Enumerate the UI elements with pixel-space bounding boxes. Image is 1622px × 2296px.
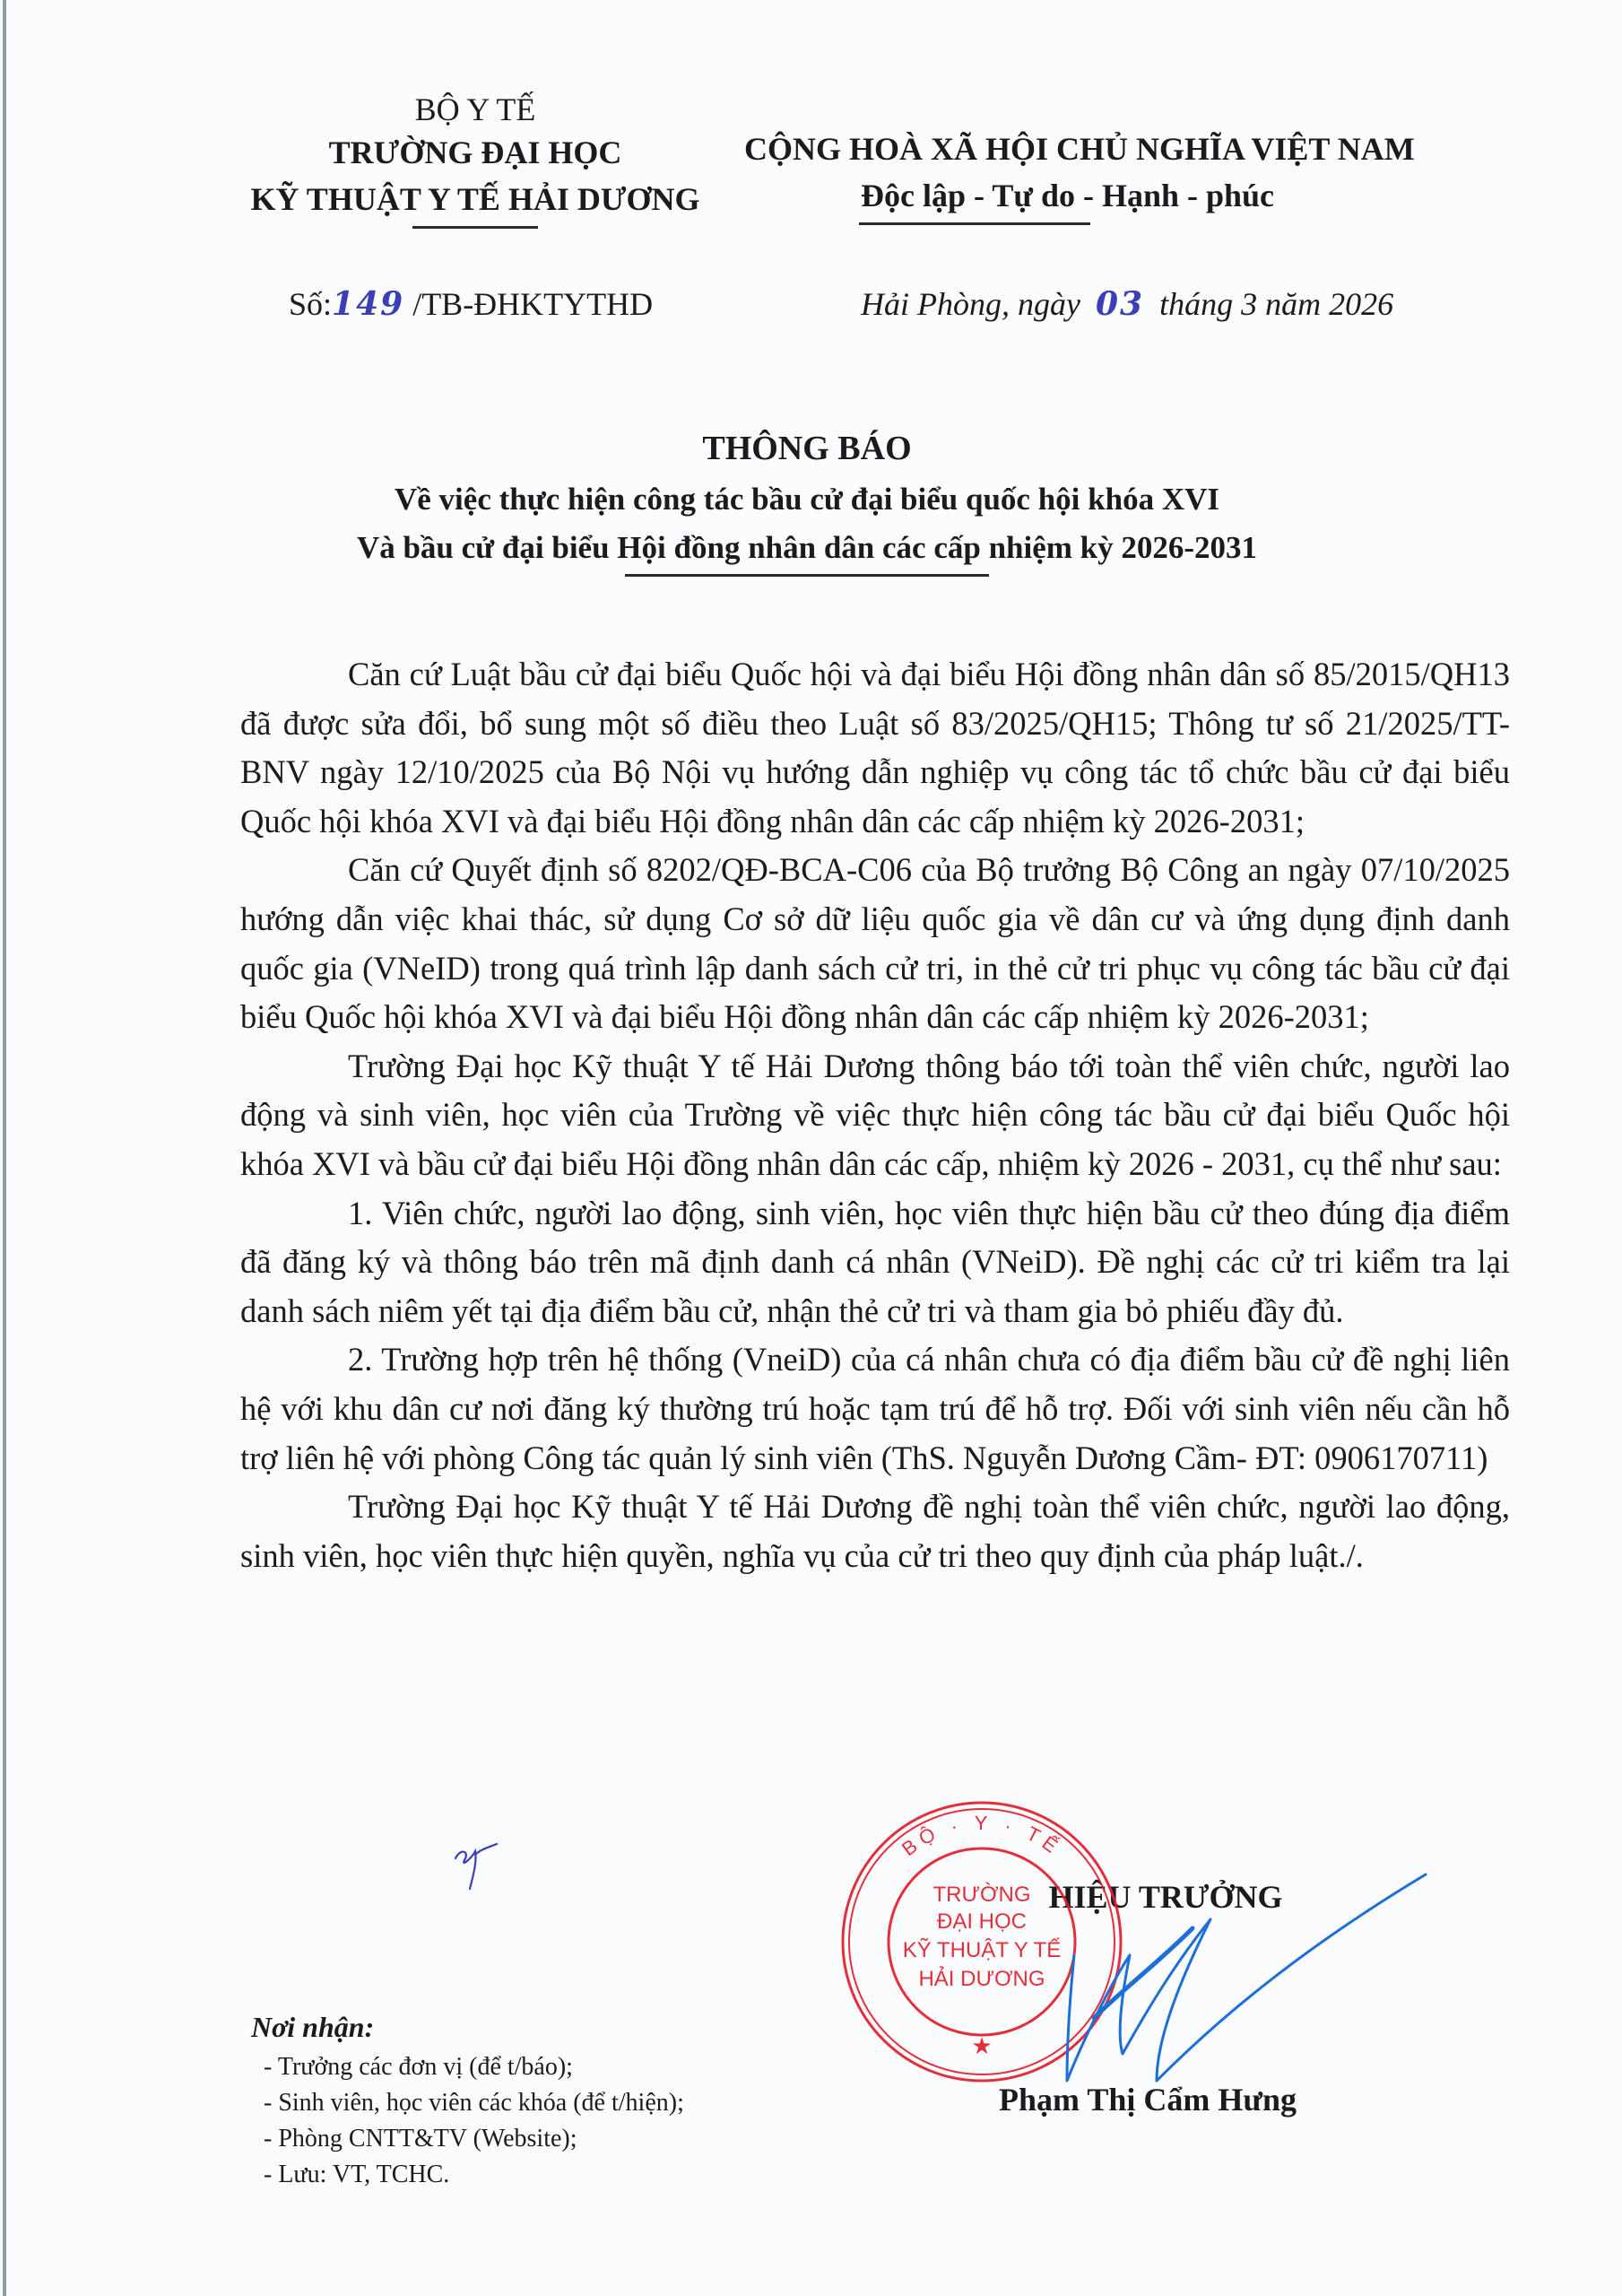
body-paragraph: Trường Đại học Kỹ thuật Y tế Hải Dương đ… [240, 1483, 1510, 1580]
place-date-suffix: tháng 3 năm 2026 [1151, 286, 1393, 322]
issuer-header: BỘ Y TẾ TRƯỜNG ĐẠI HỌC KỸ THUẬT Y TẾ HẢI… [206, 90, 744, 229]
recipient-item: - Sinh viên, học viên các khóa (để t/hiệ… [251, 2085, 684, 2121]
seal-line: KỸ THUẬT Y TẾ [903, 1937, 1062, 1962]
nation-name: CỘNG HOÀ XÃ HỘI CHỦ NGHĨA VIỆT NAM [744, 126, 1551, 172]
doc-number-prefix: Số: [289, 286, 332, 322]
school-name-line1: TRƯỜNG ĐẠI HỌC [206, 129, 744, 176]
recipient-item: - Phòng CNTT&TV (Website); [251, 2121, 684, 2157]
body-paragraph: 2. Trường hợp trên hệ thống (VneiD) của … [240, 1335, 1510, 1483]
motto-underline [859, 222, 1090, 225]
body-paragraph: Trường Đại học Kỹ thuật Y tế Hải Dương t… [240, 1042, 1510, 1189]
national-motto: Độc lập - Tự do - Hạnh - phúc [744, 172, 1551, 219]
ministry-name: BỘ Y TẾ [206, 90, 744, 129]
school-name-line2: KỸ THUẬT Y TẾ HẢI DƯƠNG [206, 176, 744, 222]
body-paragraph: Căn cứ Quyết định số 8202/QĐ-BCA-C06 của… [240, 846, 1510, 1041]
scan-edge-line [3, 0, 6, 2296]
title-underline [625, 574, 989, 577]
doc-number-suffix: /TB-ĐHKTYTHD [404, 286, 653, 322]
body-paragraph: 1. Viên chức, người lao động, sinh viên,… [240, 1189, 1510, 1336]
document-number: Số:149 /TB-ĐHKTYTHD [289, 285, 653, 323]
seal-star-icon: ★ [971, 2032, 992, 2059]
document-title: THÔNG BÁO [224, 422, 1390, 475]
initials-scribble [450, 1839, 504, 1892]
place-date: Hải Phòng, ngày 03 tháng 3 năm 2026 [861, 285, 1393, 323]
document-body: Căn cứ Luật bầu cử đại biểu Quốc hội và … [240, 650, 1510, 1580]
seal-line: TRƯỜNG [932, 1883, 1030, 1907]
document-title-block: THÔNG BÁO Về việc thực hiện công tác bầu… [224, 422, 1390, 577]
place-date-prefix: Hải Phòng, ngày [861, 286, 1089, 322]
body-paragraph: Căn cứ Luật bầu cử đại biểu Quốc hội và … [240, 650, 1510, 846]
seal-line: ĐẠI HỌC [937, 1909, 1027, 1934]
signature-scribble [1058, 1857, 1435, 2090]
date-day-handwritten: 03 [1096, 285, 1144, 323]
national-header: CỘNG HOÀ XÃ HỘI CHỦ NGHĨA VIỆT NAM Độc l… [744, 126, 1551, 225]
doc-number-handwritten: 149 [332, 285, 404, 323]
document-subject-line1: Về việc thực hiện công tác bầu cử đại bi… [224, 475, 1390, 524]
recipients-block: Nơi nhận: - Trưởng các đơn vị (để t/báo)… [251, 2005, 684, 2193]
seal-line: HẢI DƯƠNG [918, 1965, 1045, 1991]
recipients-title: Nơi nhận: [251, 2005, 684, 2049]
svg-text:BỘ · Y · TẾ: BỘ · Y · TẾ [898, 1812, 1066, 1860]
issuer-underline [412, 226, 538, 229]
recipient-item: - Lưu: VT, TCHC. [251, 2157, 684, 2193]
recipient-item: - Trưởng các đơn vị (để t/báo); [251, 2049, 684, 2085]
seal-outer-text: BỘ · Y · TẾ [898, 1812, 1066, 1860]
document-subject-line2: Và bầu cử đại biểu Hội đồng nhân dân các… [224, 524, 1390, 572]
